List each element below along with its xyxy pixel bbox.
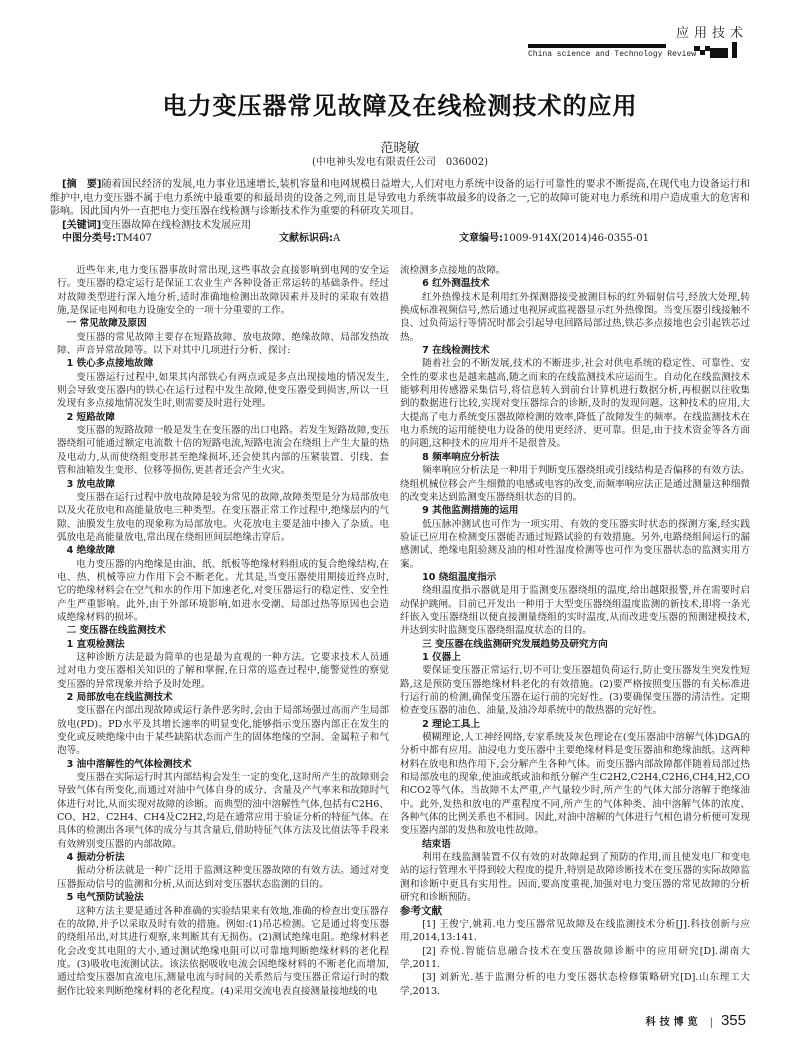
paragraph: 要保证变压器正常运行,切不可让变压器超负荷运行,防止变压器发生突发性短路,这是预… [400,664,750,717]
subsection-heading: 2 理论工具上 [400,718,750,731]
journal-name-en: China science and Technology Review [528,50,696,59]
paragraph: 低压脉冲测试也可作为一项实用、有效的变压器实时状态的探测方案,经实践验证已应用在… [400,518,750,571]
paragraph: 这种诊断方法是最为简单的也是最为直观的一种方法。它要求技术人员通过对电力变压器相… [57,651,389,691]
abstract-block: [摘 要]随着国民经济的发展,电力事业迅速增长,装机容量和电网规模日益增大,人们… [50,178,750,246]
paragraph: 变压器的常见故障主要存在短路故障、放电故障、绝缘故障、局部发热故障、声音异常故障… [57,331,389,358]
journal-name-cn: 科技博览 [646,1013,702,1028]
paragraph: 绕组温度指示器就是用于监测变压器绕组的温度,给出越限报警,并在需要时启动保护跳闸… [400,584,750,637]
subsection-heading: 2 局部放电在线监测技术 [57,691,389,704]
section-label: 应用技术 [676,22,748,41]
subsection-heading: 3 放电故障 [57,478,389,491]
body-column-right: 流检测多点接地的故障。6 红外测温技术红外热像技术是利用红外探测器接受被测目标的… [400,264,750,998]
paragraph: 利用在线监测装置不仅有效的对故障起到了预防的作用,而且使发电厂和变电站的运行管理… [400,851,750,904]
abstract-label: [摘 要] [62,179,102,190]
reference-item: [1] 王俊宁,姚莉.电力变压器常见故障及在线监测技术分析[J].科技创新与应用… [400,918,750,945]
references-heading: 参考文献 [400,905,750,918]
subsection-heading: 6 红外测温技术 [400,277,750,290]
reference-item: [2] 乔悦.智能信息融合技术在变压器故障诊断中的应用研究[D].湖南大学,20… [400,945,750,972]
abstract-paragraph: [摘 要]随着国民经济的发展,电力事业迅速增长,装机容量和电网规模日益增大,人们… [50,178,750,219]
keywords-line: [关键词]变压器故障在线检测技术发展应用 [50,219,750,233]
footer-separator: | [710,1017,713,1028]
subsection-heading: 4 振动分析法 [57,851,389,864]
section-heading: 一 常见故障及原因 [57,317,389,330]
paragraph: 振动分析法就是一种广泛用于监测这种变压器故障的有效方法。通过对变压器振动信号的监… [57,864,389,891]
subsection-heading: 7 在线检测技术 [400,344,750,357]
paragraph: 模糊理论,人工神经网络,专家系统及灰色理论在(变压器油中溶解气体)DGA的分析中… [400,731,750,838]
article-title: 电力变压器常见故障及在线检测技术的应用 [0,86,800,121]
classification-row: 中图分类号:TM407 文献标识码:A 文章编号:1009-914X(2014)… [62,232,750,246]
reference-item: [3] 刘新光.基于监测分析的电力变压器状态检修策略研究[D].山东理工大学,2… [400,971,750,998]
subsection-heading: 8 频率响应分析法 [400,451,750,464]
paragraph: 变压器的短路故障一般是发生在变压器的出口电路。若发生短路故障,变压器绕组可能通过… [57,424,389,477]
paragraph: 电力变压器的内绝缘是由油、纸、纸板等绝缘材料组成的复合绝缘结构,在电、热、机械等… [57,558,389,625]
subsection-heading: 2 短路故障 [57,411,389,424]
paragraph: 变压器在实际运行时其内部结构会发生一定的变化,这时所产生的故障则会导致气体有所变… [57,771,389,851]
paragraph: 红外热像技术是利用红外探测器接受被测目标的红外辐射信号,经放大处理,转换成标准视… [400,291,750,344]
subsection-heading: 9 其他监测措施的运用 [400,504,750,517]
paragraph: 随着社会的不断发展,技术的不断进步,社会对供电系统的稳定性、可靠性、安全性的要求… [400,357,750,450]
doc-code-label: 文献标识码: [279,233,333,244]
subsection-heading: 1 直观检测法 [57,638,389,651]
body-column-left: 近些年来,电力变压器事故时常出现,这些事故会直接影响到电网的安全运行。变压器的稳… [57,264,389,998]
page-number: 355 [721,1012,746,1029]
paragraph-continuation: 流检测多点接地的故障。 [400,264,750,277]
section-heading: 二 变压器在线监测技术 [57,624,389,637]
header-rule [528,44,666,48]
subsection-heading: 结束语 [400,838,750,851]
subsection-heading: 3 油中溶解性的气体检测技术 [57,758,389,771]
paragraph: 变压器运行过程中,如果其内部铁心有两点或是多点出现接地的情况发生,则会导致变压器… [57,371,389,411]
page-footer: 科技博览 | 355 [646,1012,746,1029]
subsection-heading: 4 绝缘故障 [57,544,389,557]
paragraph: 这种方法主要是通过各种准确的实验结果来有效地,准确的检查出变压器存在的故障,并予… [57,905,389,998]
paragraph: 变压器在运行过程中放电故障是较为常见的故障,故障类型是分为局部放电以及火花放电和… [57,491,389,544]
paragraph: 近些年来,电力变压器事故时常出现,这些事故会直接影响到电网的安全运行。变压器的稳… [57,264,389,317]
clc-label: 中图分类号: [62,233,116,244]
paragraph: 变压器在内部出现故障或运行条件恶劣时,会由于局部场强过高而产生局部放电(PD)。… [57,704,389,757]
keywords-text: 变压器故障在线检测技术发展应用 [101,220,251,231]
abstract-text: 随着国民经济的发展,电力事业迅速增长,装机容量和电网规模日益增大,人们对电力系统… [50,179,750,217]
subsection-heading: 1 仪器上 [400,651,750,664]
subsection-heading: 1 铁心多点接地故障 [57,357,389,370]
keywords-label: [关键词] [62,220,101,231]
author-affiliation: (中电神头发电有限责任公司 036002) [0,153,800,168]
article-no-value: 1009-914X(2014)46-0355-01 [503,233,649,244]
journal-logo-icon [694,46,746,58]
subsection-heading: 5 电气预防试验法 [57,891,389,904]
paragraph: 频率响应分析法是一种用于判断变压器绕组或引线结构是否偏移的有效方法。绕组机械位移… [400,464,750,504]
subsection-heading: 10 绕组温度指示 [400,571,750,584]
section-heading: 三 变压器在线监测研究发展趋势及研究方向 [400,638,750,651]
clc-value: TM407 [116,233,152,244]
doc-code-value: A [333,233,340,244]
article-no-label: 文章编号: [459,233,503,244]
